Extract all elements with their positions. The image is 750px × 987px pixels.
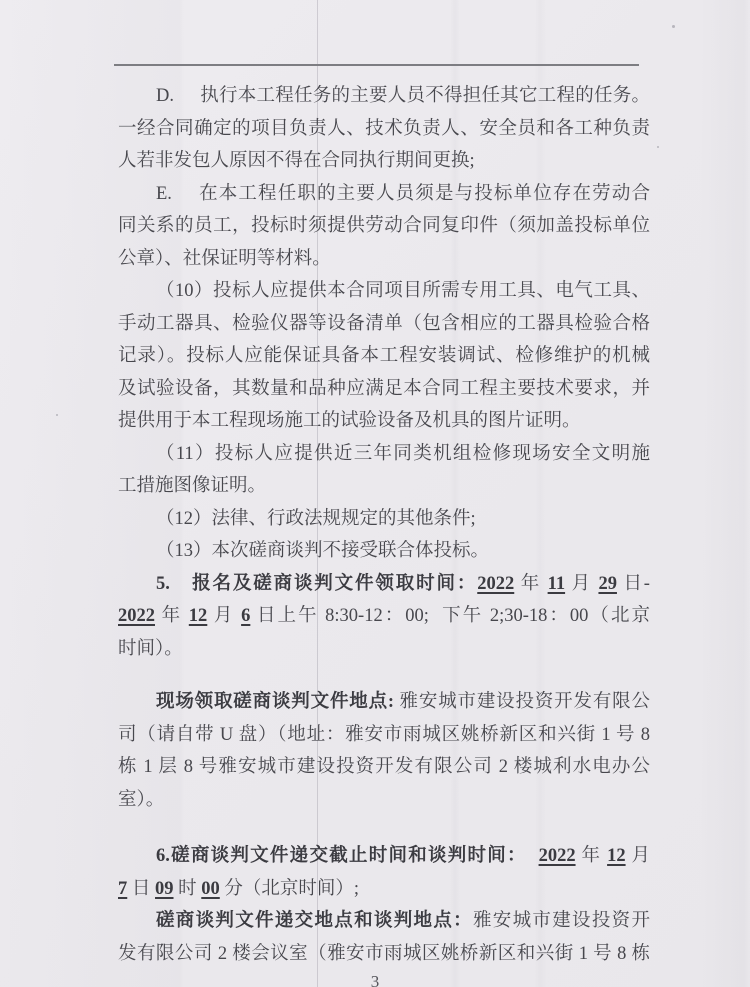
text-line: （13）本次磋商谈判不接受联合体投标。 bbox=[118, 535, 650, 568]
text-run: 人若非发包人原因不得在合同执行期间更换; bbox=[118, 151, 475, 171]
document-text: D.执行本工程任务的主要人员不得担任其它工程的任务。一经合同确定的项目负责人、技… bbox=[118, 80, 650, 970]
underlined-value: 2022 bbox=[539, 846, 576, 866]
text-run: （12）法律、行政法规规定的其他条件; bbox=[156, 509, 476, 529]
text-line: E.在本工程任职的主要人员须是与投标单位存在劳动合 bbox=[118, 178, 650, 211]
underlined-value: 09 bbox=[155, 879, 174, 899]
bold-label: 5. 报名及磋商谈判文件领取时间： bbox=[156, 574, 477, 594]
document-page: D.执行本工程任务的主要人员不得担任其它工程的任务。一经合同确定的项目负责人、技… bbox=[0, 0, 750, 987]
text-run: （11）投标人应提供近三年同类机组检修现场安全文明施 bbox=[156, 444, 650, 464]
header-rule bbox=[114, 64, 639, 66]
underlined-value: 12 bbox=[607, 846, 626, 866]
text-run: 在本工程任职的主要人员须是与投标单位存在劳动合 bbox=[198, 184, 650, 204]
text-run: 年 bbox=[576, 846, 608, 866]
text-line: 同关系的员工，投标时须提供劳动合同复印件（须加盖投标单位 bbox=[118, 210, 650, 243]
bold-label: 磋商谈判文件递交地点和谈判地点： bbox=[156, 911, 473, 931]
text-run: （13）本次磋商谈判不接受联合体投标。 bbox=[156, 541, 489, 561]
text-line: 司（请自带 U 盘）（地址：雅安市雨城区姚桥新区和兴街 1 号 8 bbox=[118, 719, 650, 752]
underlined-value: 29 bbox=[598, 574, 617, 594]
page-number: 3 bbox=[0, 972, 750, 987]
text-run: 执行本工程任务的主要人员不得担任其它工程的任务。 bbox=[200, 86, 650, 106]
text-line: 一经合同确定的项目负责人、技术负责人、安全员和各工种负责 bbox=[118, 113, 650, 146]
text-line: D.执行本工程任务的主要人员不得担任其它工程的任务。 bbox=[118, 80, 650, 113]
text-line: 公章）、社保证明等材料。 bbox=[118, 243, 650, 276]
text-line: 现场领取磋商谈判文件地点: 雅安城市建设投资开发有限公 bbox=[118, 686, 650, 719]
underlined-value: 00 bbox=[201, 879, 220, 899]
text-line: 及试验设备，其数量和品种应满足本合同工程主要技术要求，并 bbox=[118, 373, 650, 406]
text-run: 时 bbox=[174, 879, 202, 899]
scan-speck bbox=[56, 414, 58, 416]
text-run: 记录）。投标人应能保证具备本工程安装调试、检修维护的机械 bbox=[118, 346, 650, 366]
text-run: 日 bbox=[127, 879, 155, 899]
text-line: 时间）。 bbox=[118, 633, 650, 666]
text-run: 同关系的员工，投标时须提供劳动合同复印件（须加盖投标单位 bbox=[118, 216, 650, 236]
text-line: 人若非发包人原因不得在合同执行期间更换; bbox=[118, 145, 650, 178]
text-run: 日上午 8:30-12：00; 下午 2;30-18：00（北京 bbox=[250, 606, 650, 626]
underlined-value: 7 bbox=[118, 879, 127, 899]
text-run: D. bbox=[156, 86, 200, 106]
bold-label: 现场领取磋商谈判文件地点: bbox=[156, 692, 394, 712]
text-run: 及试验设备，其数量和品种应满足本合同工程主要技术要求，并 bbox=[118, 379, 650, 399]
text-line: 发有限公司 2 楼会议室（雅安市雨城区姚桥新区和兴街 1 号 8 栋 bbox=[118, 938, 650, 971]
underlined-value: 12 bbox=[189, 606, 208, 626]
text-line: 5. 报名及磋商谈判文件领取时间：2022 年 11 月 29 日- bbox=[118, 568, 650, 601]
text-run: E. bbox=[156, 184, 198, 204]
text-run: （10）投标人应提供本合同项目所需专用工具、电气工具、 bbox=[156, 281, 650, 301]
underlined-value: 6 bbox=[241, 606, 250, 626]
text-line: 记录）。投标人应能保证具备本工程安装调试、检修维护的机械 bbox=[118, 340, 650, 373]
text-run: 雅安城市建设投资开 bbox=[473, 911, 650, 931]
text-run bbox=[527, 846, 539, 866]
scan-speck bbox=[657, 146, 659, 148]
text-run: 月 bbox=[626, 846, 650, 866]
scan-speck bbox=[672, 25, 675, 28]
text-run: 时间）。 bbox=[118, 639, 183, 659]
text-line: 室）。 bbox=[118, 784, 650, 817]
text-line: 栋 1 层 8 号雅安城市建设投资开发有限公司 2 楼城利水电办公 bbox=[118, 751, 650, 784]
text-run: 手动工器具、检验仪器等设备清单（包含相应的工器具检验合格 bbox=[118, 314, 650, 334]
text-line: 工措施图像证明。 bbox=[118, 470, 650, 503]
text-run: 室）。 bbox=[118, 790, 164, 810]
underlined-value: 2022 bbox=[477, 574, 514, 594]
text-run: 发有限公司 2 楼会议室（雅安市雨城区姚桥新区和兴街 1 号 8 栋 bbox=[118, 944, 650, 964]
text-run: 月 bbox=[207, 606, 241, 626]
text-line: 7 日 09 时 00 分（北京时间）; bbox=[118, 873, 650, 906]
underlined-value: 11 bbox=[548, 574, 565, 594]
text-run: 日- bbox=[617, 574, 650, 594]
text-run: 司（请自带 U 盘）（地址：雅安市雨城区姚桥新区和兴街 1 号 8 bbox=[118, 725, 650, 745]
underlined-value: 2022 bbox=[118, 606, 155, 626]
bold-label: 6.磋商谈判文件递交截止时间和谈判时间： bbox=[156, 846, 527, 866]
text-line: 手动工器具、检验仪器等设备清单（包含相应的工器具检验合格 bbox=[118, 308, 650, 341]
text-run: 提供用于本工程现场施工的试验设备及机具的图片证明。 bbox=[118, 411, 581, 431]
text-line: （12）法律、行政法规规定的其他条件; bbox=[118, 503, 650, 536]
text-run: 年 bbox=[514, 574, 547, 594]
text-run: 雅安城市建设投资开发有限公 bbox=[394, 692, 650, 712]
text-line: （11）投标人应提供近三年同类机组检修现场安全文明施 bbox=[118, 438, 650, 471]
text-line: （10）投标人应提供本合同项目所需专用工具、电气工具、 bbox=[118, 275, 650, 308]
text-line: 提供用于本工程现场施工的试验设备及机具的图片证明。 bbox=[118, 405, 650, 438]
text-run: 月 bbox=[565, 574, 598, 594]
text-line: 磋商谈判文件递交地点和谈判地点：雅安城市建设投资开 bbox=[118, 905, 650, 938]
text-line: 6.磋商谈判文件递交截止时间和谈判时间： 2022 年 12 月 bbox=[118, 840, 650, 873]
text-run: 公章）、社保证明等材料。 bbox=[118, 249, 331, 269]
text-run: 工措施图像证明。 bbox=[118, 476, 266, 496]
text-run: 分（北京时间）; bbox=[220, 879, 359, 899]
text-run: 栋 1 层 8 号雅安城市建设投资开发有限公司 2 楼城利水电办公 bbox=[118, 757, 650, 777]
text-line: 2022 年 12 月 6 日上午 8:30-12：00; 下午 2;30-18… bbox=[118, 600, 650, 633]
text-run: 一经合同确定的项目负责人、技术负责人、安全员和各工种负责 bbox=[118, 119, 650, 139]
text-run: 年 bbox=[155, 606, 189, 626]
